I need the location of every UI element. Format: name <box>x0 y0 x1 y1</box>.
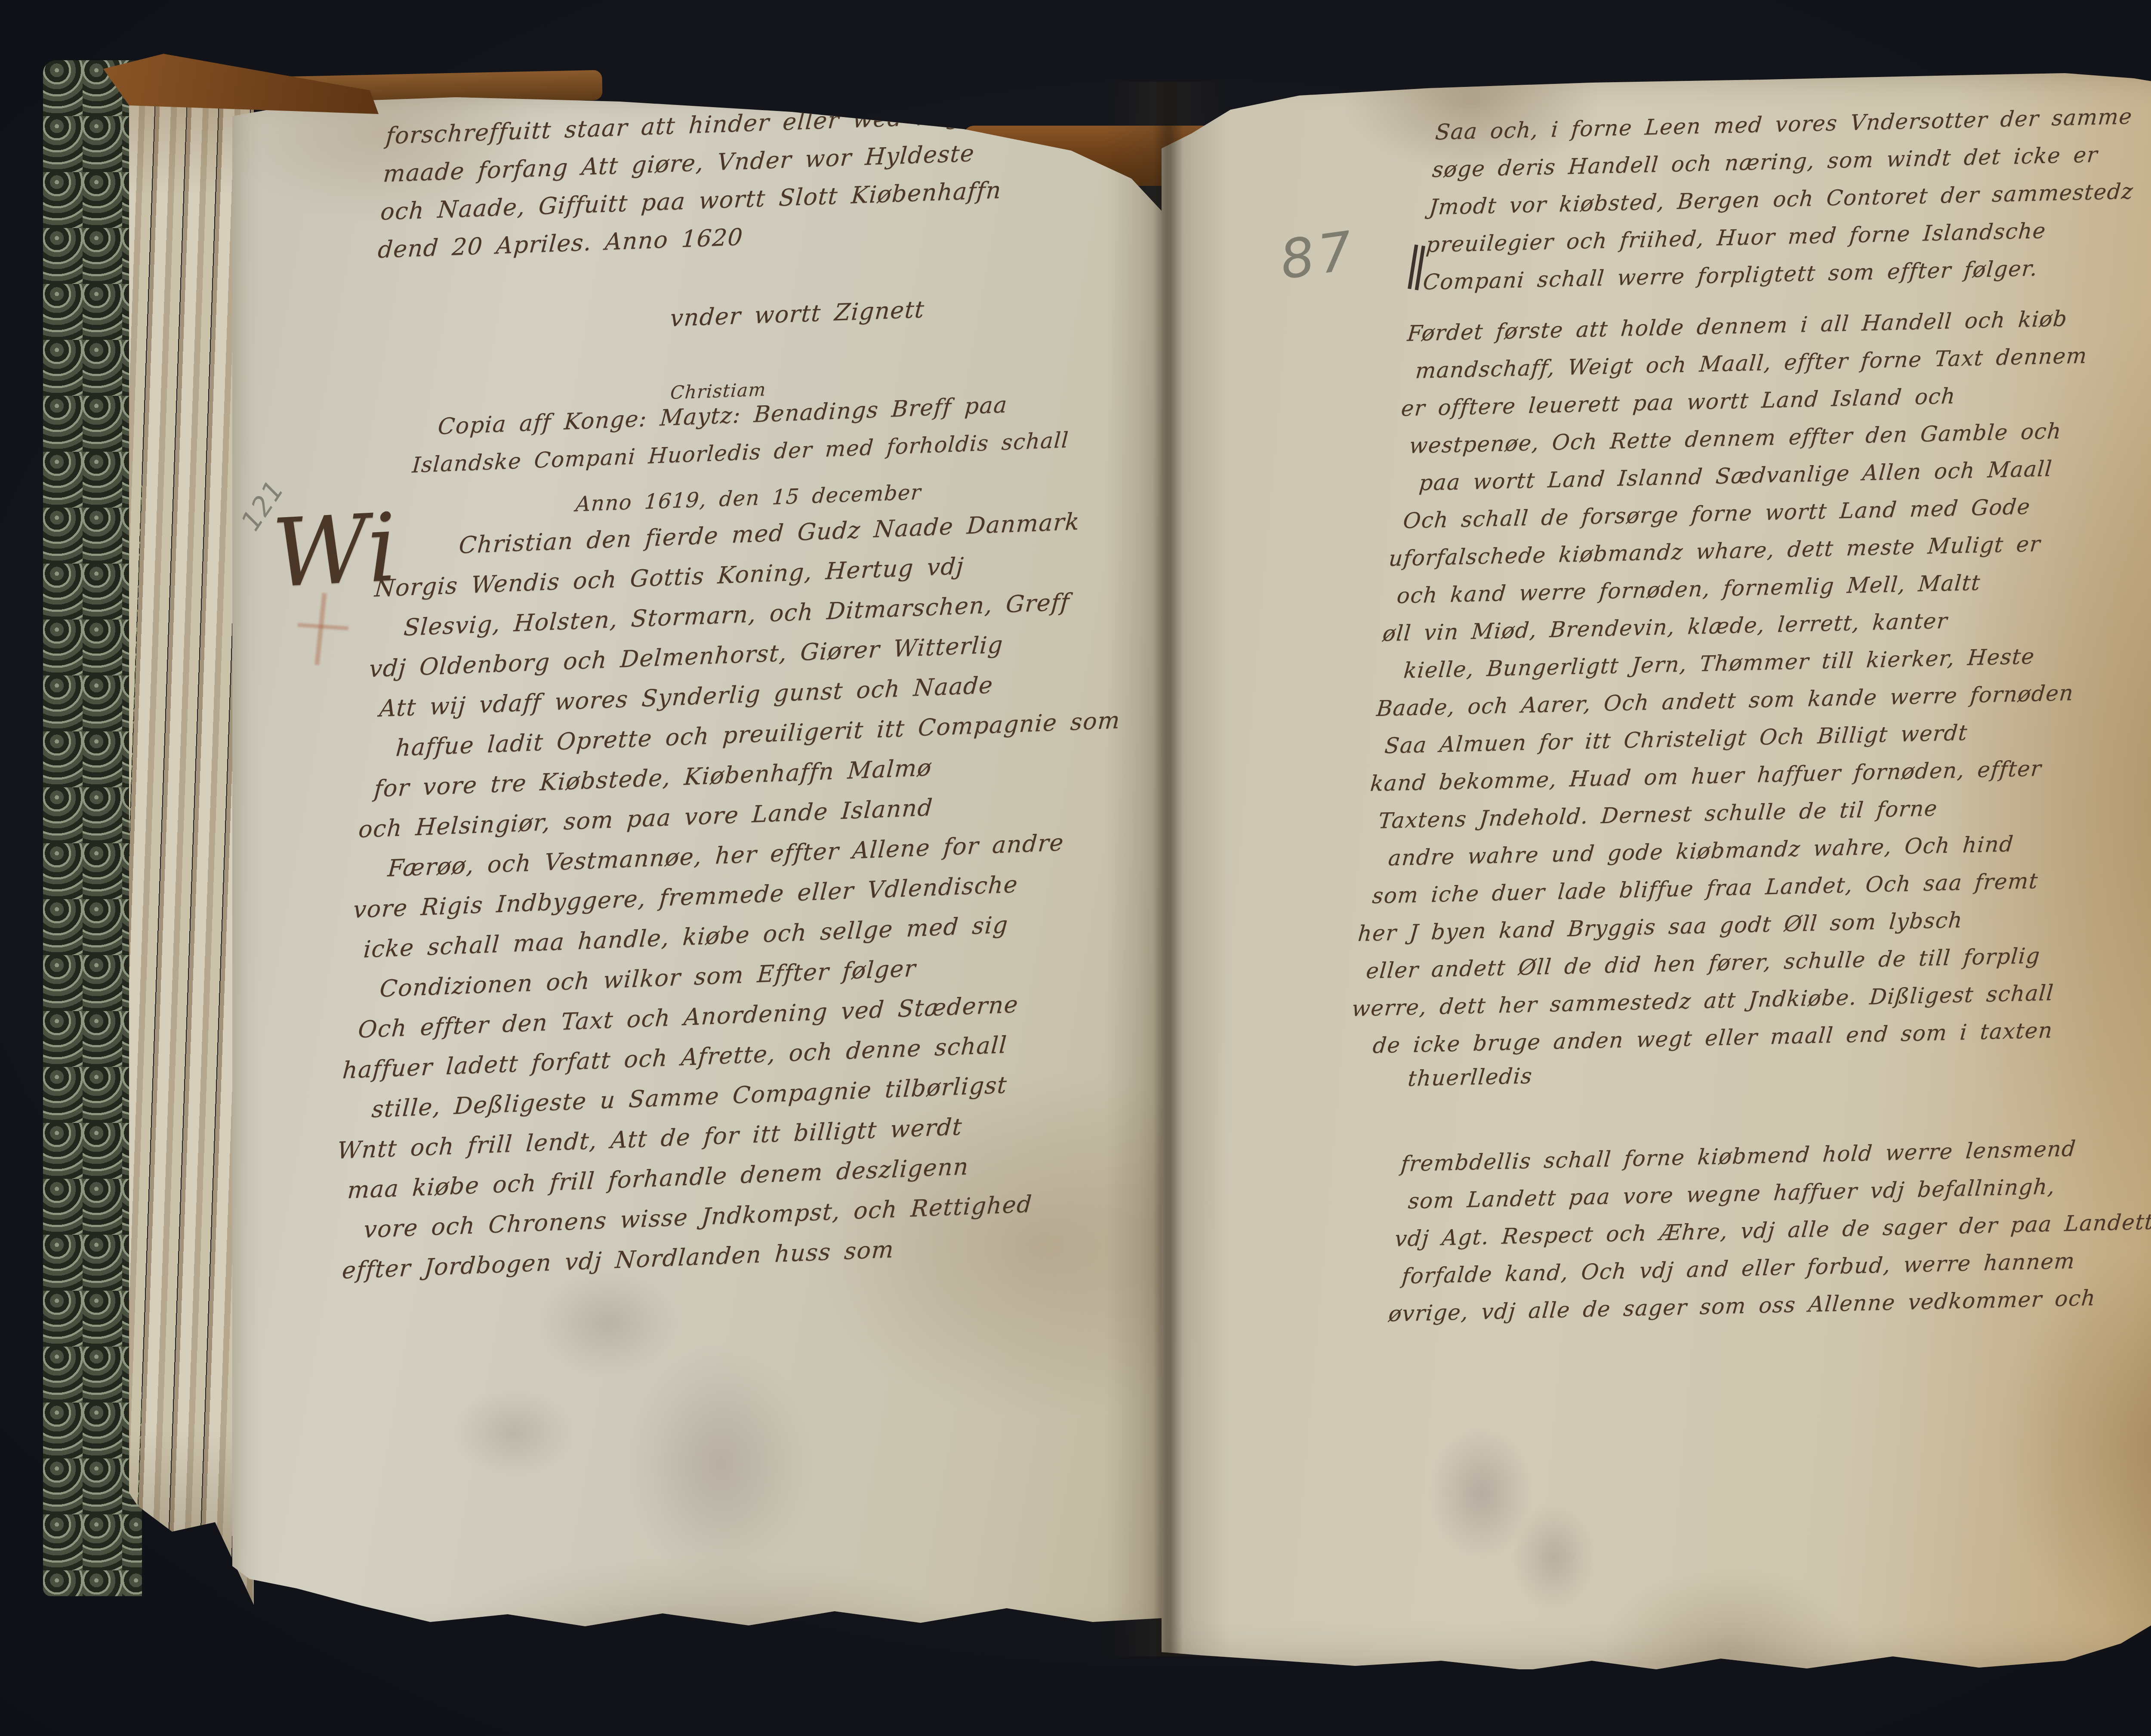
signature-formula: vnder wortt Zignett <box>669 296 926 332</box>
right-page-short-line: thuerlledis <box>1407 1063 1533 1091</box>
right-page: 87 ‖ Saa och, i forne Leen med vores Vnd… <box>1162 69 2151 1669</box>
left-page: 121 forschreffuitt staar att hinder elle… <box>232 86 1170 1652</box>
right-page-paragraph-1: Saa och, i forne Leen med vores Vndersot… <box>1421 96 2151 301</box>
folio-number-pencil-right: 87 <box>1276 219 1361 291</box>
left-page-body-text: Christian den fierde med Gudz Naade Danm… <box>328 499 1152 1291</box>
heading-word: Christiam <box>670 379 767 403</box>
right-page-paragraph-3: frembdellis schall forne kiøbmend hold w… <box>1387 1128 2151 1333</box>
photo-background: 121 forschreffuitt staar att hinder elle… <box>0 0 2151 1736</box>
left-page-closing-lines: forschreffuitt staar att hinder eller we… <box>376 91 1144 269</box>
right-page-paragraph-2: Førdet første att holde dennem i all Han… <box>1347 297 2151 1065</box>
left-marbled-board-edge <box>43 60 142 1596</box>
